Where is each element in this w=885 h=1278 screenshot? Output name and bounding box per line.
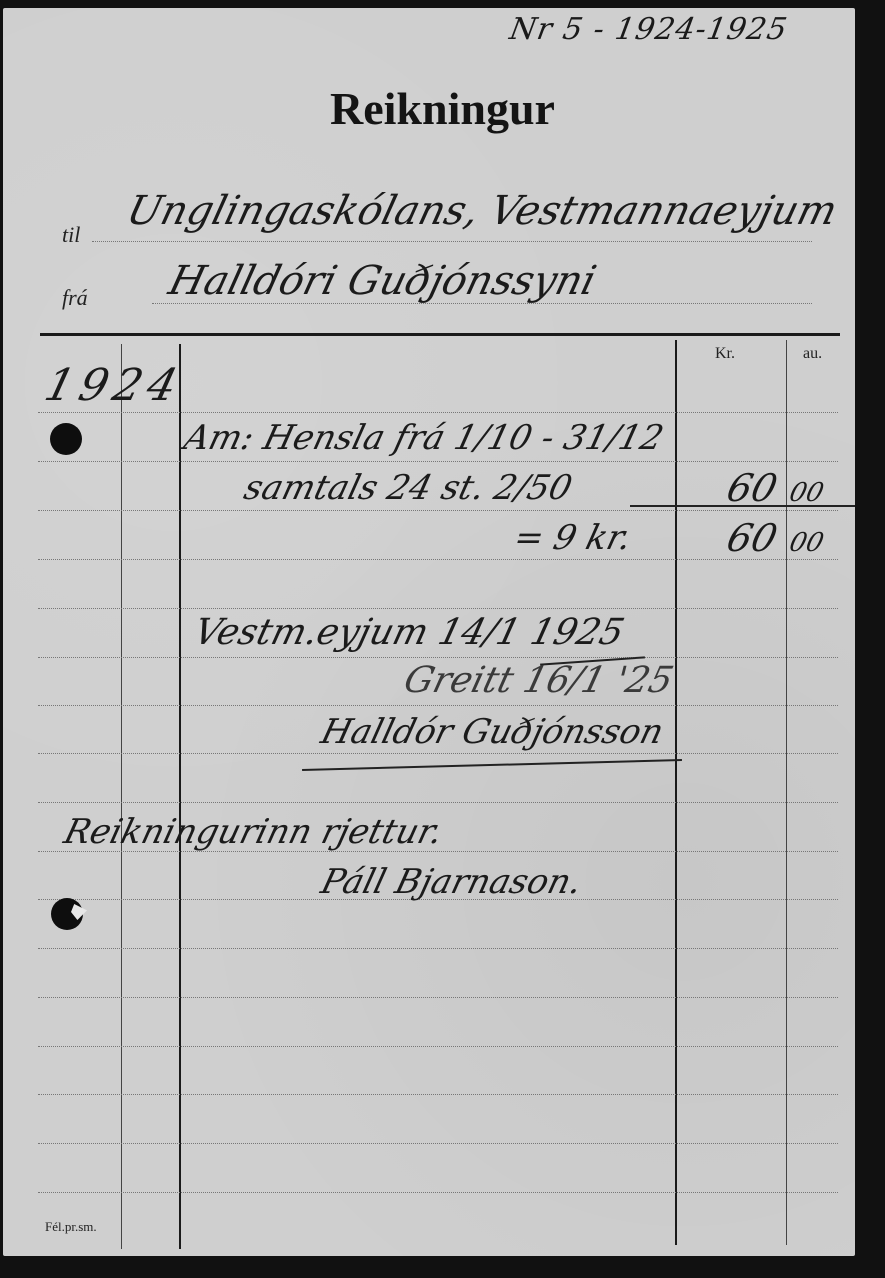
approval-signature: Páll Bjarnason. bbox=[317, 862, 586, 902]
line-item-2-description: = 9 kr. bbox=[510, 518, 636, 558]
from-value: Halldóri Guðjónssyni bbox=[164, 258, 600, 304]
place-date: Vestm.eyjum 14/1 1925 bbox=[190, 612, 628, 653]
paid-note: Greitt 16/1 '25 bbox=[400, 660, 677, 701]
line-item-1-description-detail: samtals 24 st. 2/50 bbox=[240, 468, 576, 508]
to-field-line bbox=[92, 241, 812, 242]
page-title: Reikningur bbox=[0, 82, 885, 135]
punch-hole-torn bbox=[51, 898, 83, 930]
kr-column-header: Kr. bbox=[715, 345, 735, 363]
from-label: frá bbox=[62, 285, 88, 311]
to-value: Unglingaskólans, Vestmannaeyjum bbox=[122, 188, 842, 234]
entry-year: 1924 bbox=[40, 360, 189, 411]
issuer-signature: Halldór Guðjónsson bbox=[317, 712, 668, 752]
header-rule bbox=[40, 333, 840, 336]
approval-text: Reikningurinn rjettur. bbox=[60, 812, 447, 852]
printer-mark: Fél.pr.sm. bbox=[45, 1219, 97, 1235]
punch-hole bbox=[50, 423, 82, 455]
line-item-1-description: Am: Hensla frá 1/10 - 31/12 bbox=[180, 418, 667, 458]
au-column-header: au. bbox=[803, 345, 822, 363]
document-number-annotation: Nr 5 - 1924-1925 bbox=[507, 12, 790, 47]
to-label: til bbox=[62, 222, 80, 248]
